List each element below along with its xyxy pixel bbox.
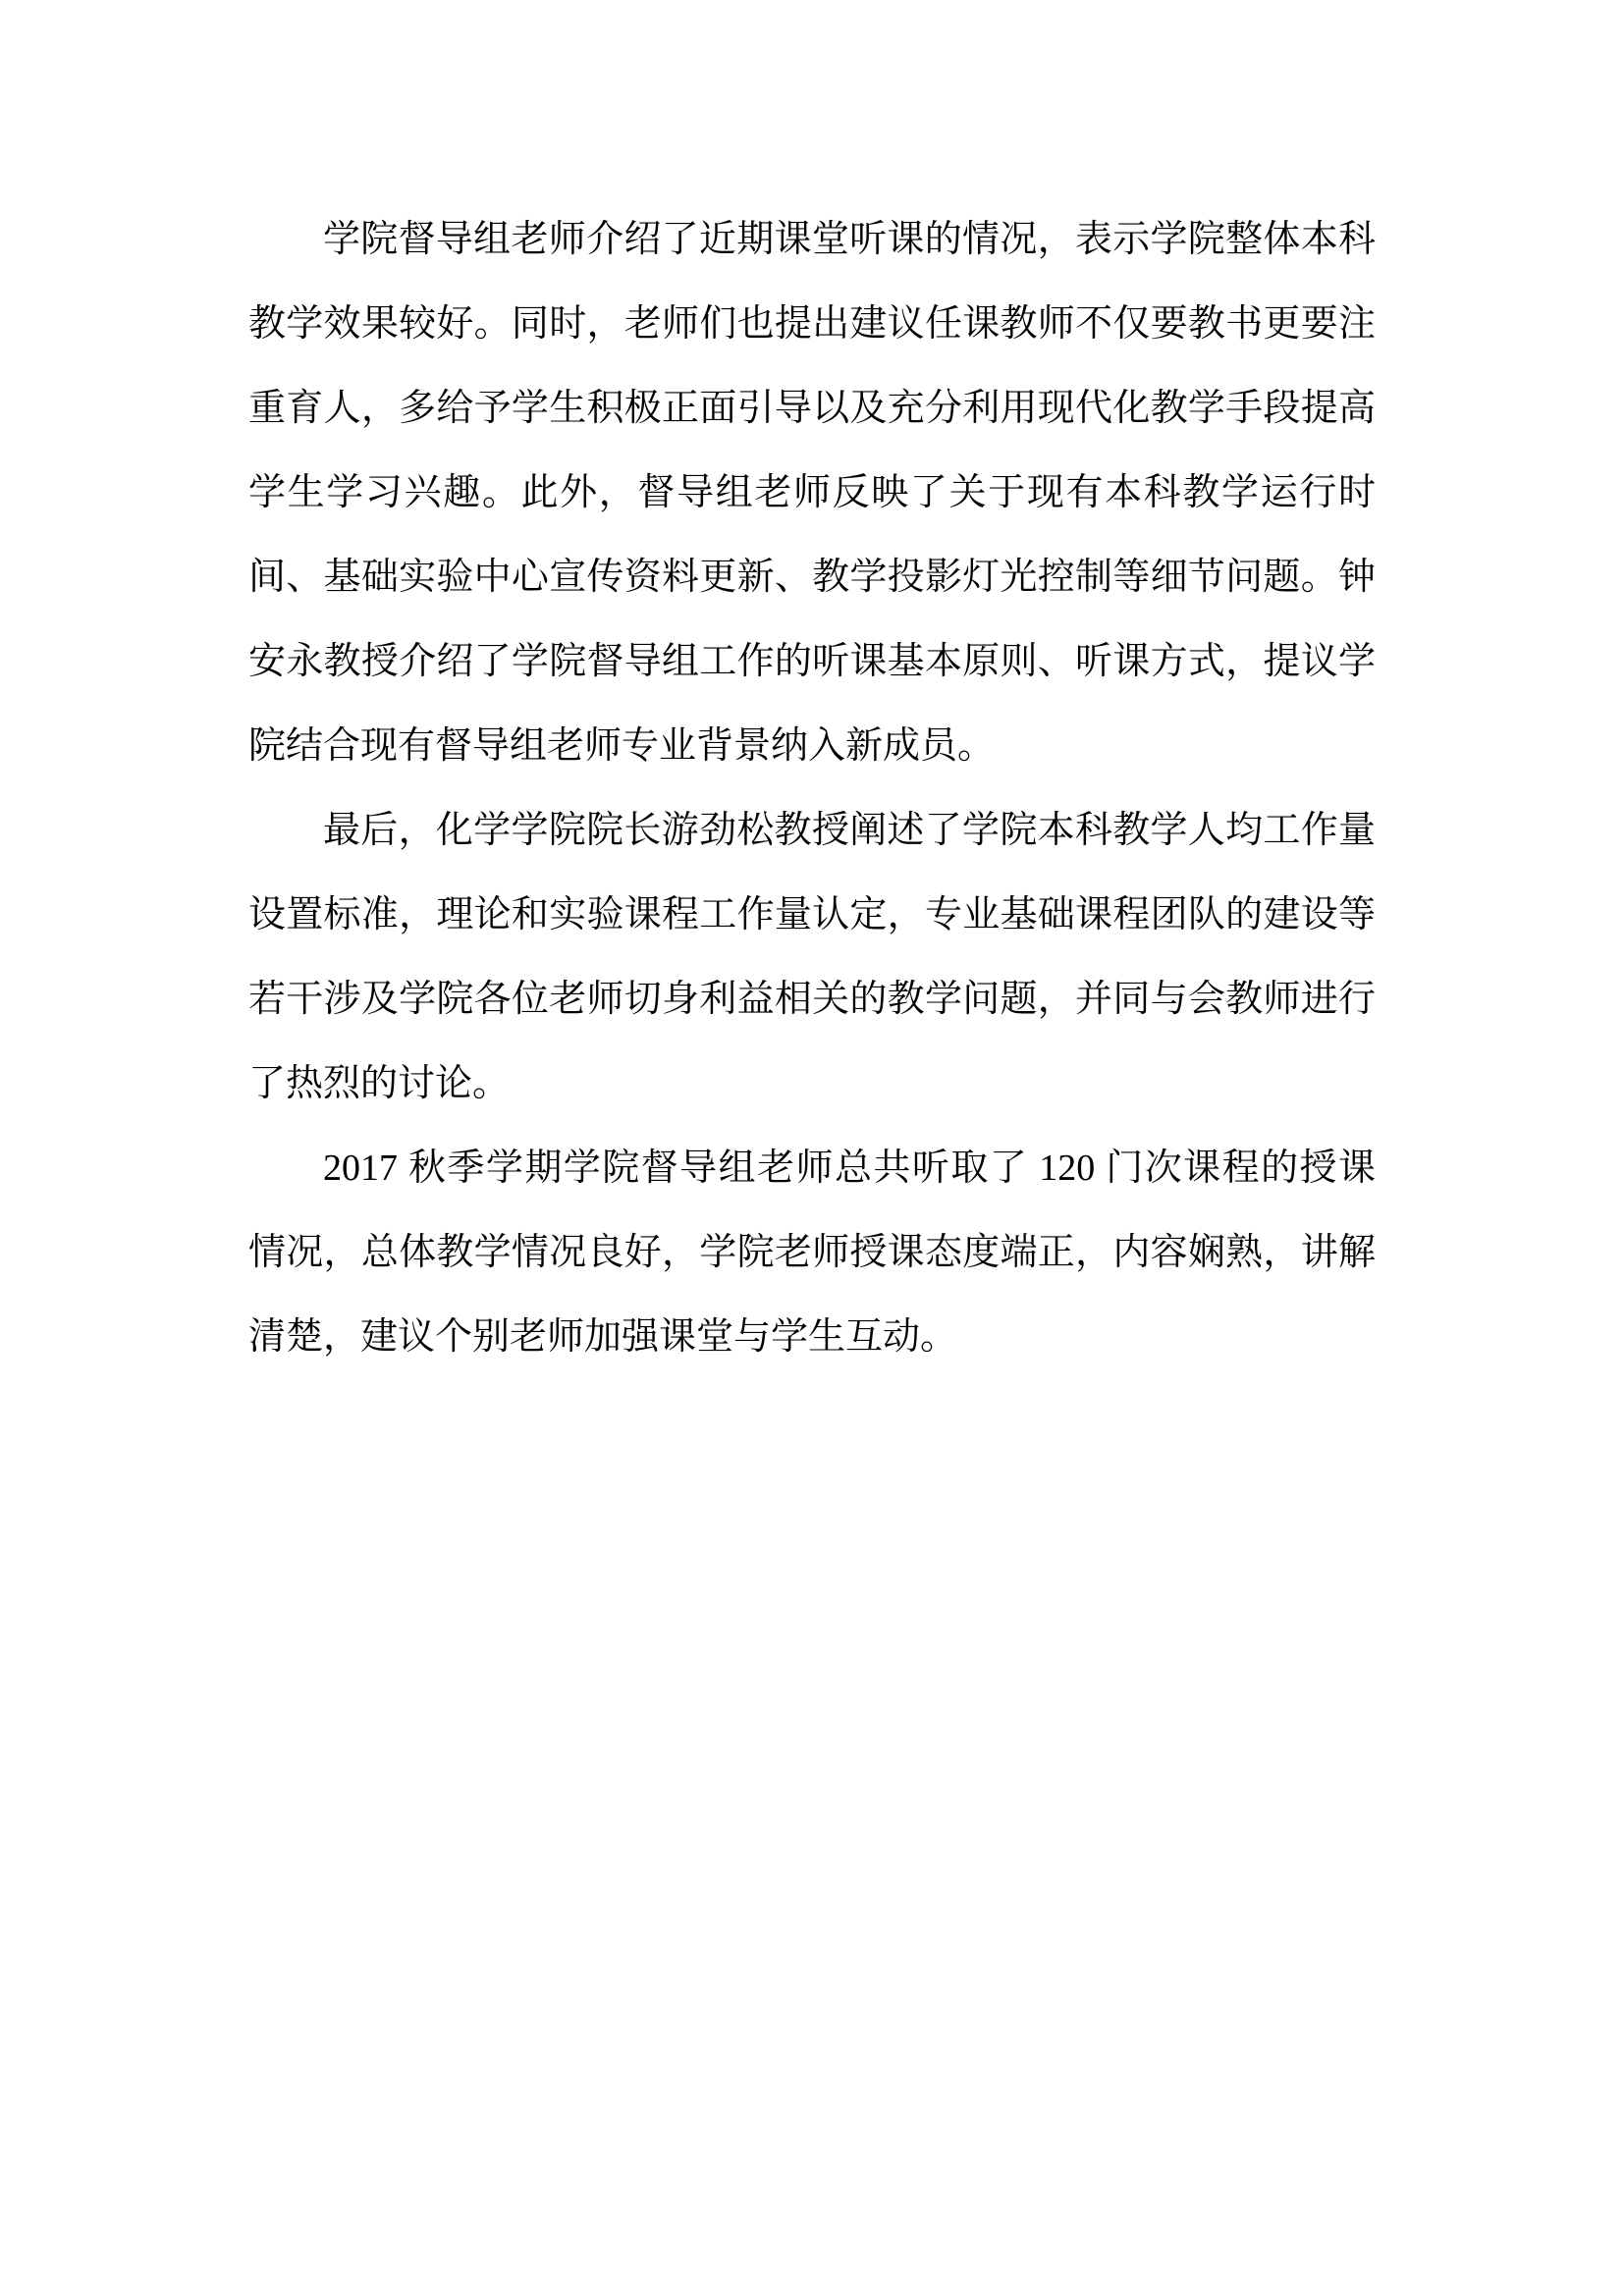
document-page: 学院督导组老师介绍了近期课堂听课的情况，表示学院整体本科教学效果较好。同时，老师… (0, 0, 1624, 2296)
document-body: 学院督导组老师介绍了近期课堂听课的情况，表示学院整体本科教学效果较好。同时，老师… (248, 197, 1376, 1379)
paragraph-dean-summary: 最后，化学学院院长游劲松教授阐述了学院本科教学人均工作量设置标准，理论和实验课程… (248, 788, 1376, 1126)
paragraph-semester-statistics: 2017 秋季学期学院督导组老师总共听取了 120 门次课程的授课情况，总体教学… (248, 1126, 1376, 1379)
paragraph-supervision-feedback: 学院督导组老师介绍了近期课堂听课的情况，表示学院整体本科教学效果较好。同时，老师… (248, 197, 1376, 788)
